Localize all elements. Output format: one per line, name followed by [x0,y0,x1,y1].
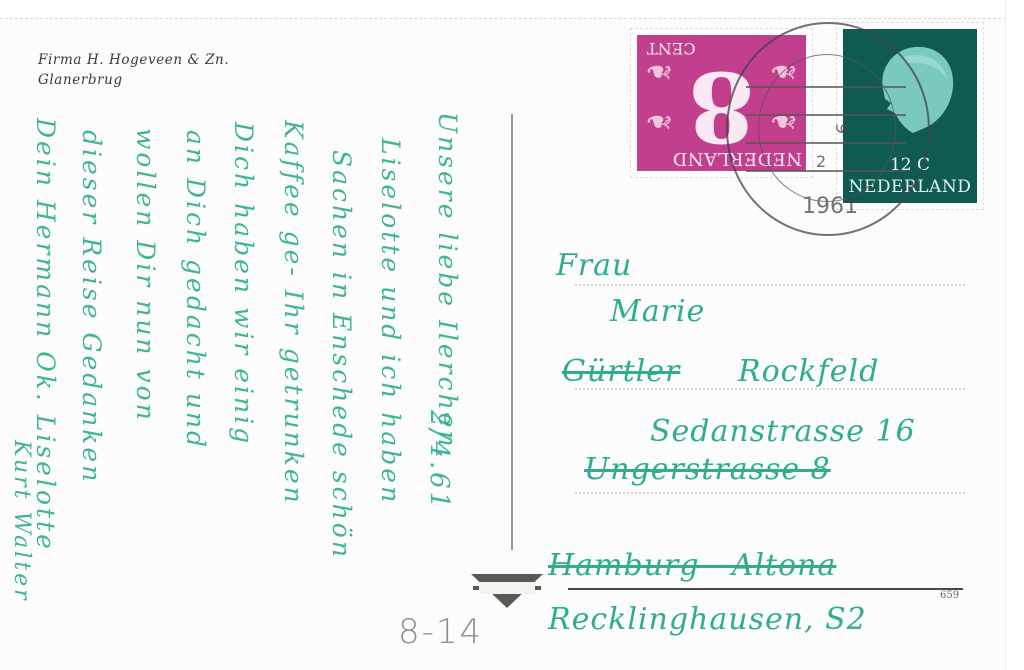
message-date: 2/4.61 [424,410,454,511]
postmark-year: 1961 [802,194,858,219]
address-surname: Rockfeld [738,354,879,389]
address-first-name: Marie [610,294,705,329]
address-rule [568,588,963,590]
card-number: 659 [940,590,959,601]
address-rule [575,284,965,286]
card-edge [1005,0,1024,670]
sender-imprint: Firma H. Hogeveen & Zn. Glanerbrug [38,50,229,90]
message-line: wollen Dir nun von [131,128,160,423]
message-line: Sachen in Enschede schön [327,150,356,560]
pencil-note: 8-14 [398,612,483,652]
message-line: Kurt Walter [9,440,34,603]
message-line: Kaffee ge- Ihr getrunken [279,120,308,506]
postmark-hour: 2 [816,152,826,171]
stamp-unit: CENT [647,39,696,58]
message-line: Unsere liebe Ilerchen, [433,112,462,461]
address-rule [575,492,965,494]
address-street: Sedanstrasse 16 [650,414,916,449]
message-line: Dich haben wir einig [229,122,258,446]
message-line: Liselotte und ich haben [376,138,405,505]
sender-name: Firma H. Hogeveen & Zn. [38,50,229,70]
address-city: Recklinghausen, S2 [548,602,867,637]
postmark-date: 6 [833,123,854,134]
address-salutation: Frau [556,248,632,283]
address-struck-city: Hamburg - Altona [548,548,836,583]
message-line: an Dich gedacht und [181,130,210,450]
sender-town: Glanerbrug [38,70,229,90]
message-line: dieser Reise Gedanken [77,130,106,484]
publisher-logo-icon [471,574,543,608]
address-struck-surname: Gürtler [562,354,680,389]
message-line: Dein Hermann Ok. Liselotte [31,118,60,552]
postmark: 6 2 1961 [726,22,930,236]
address-struck-street: Ungerstrasse 8 [584,452,831,487]
center-divider [511,114,513,550]
